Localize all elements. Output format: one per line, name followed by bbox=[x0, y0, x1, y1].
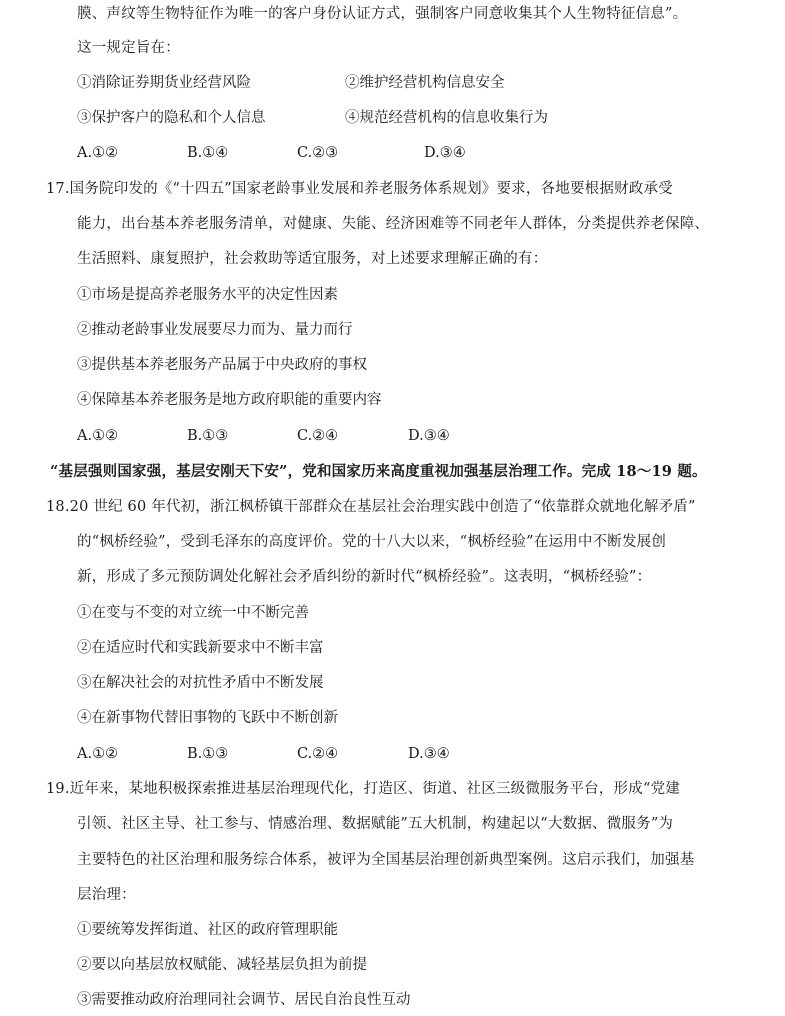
q18-statement-4: ④在新事物代替旧事物的飞跃中不断创新 bbox=[77, 708, 338, 728]
q16-prompt: 这一规定旨在： bbox=[77, 38, 180, 58]
q17-statement-1: ①市场是提高养老服务水平的决定性因素 bbox=[77, 285, 338, 305]
q17-statement-4: ④保障基本养老服务是地方政府职能的重要内容 bbox=[77, 390, 382, 410]
q16-choice-a: A.①② bbox=[77, 143, 118, 163]
q17-choice-c: C.②④ bbox=[297, 426, 338, 446]
q19-stem-line-4: 层治理： bbox=[77, 885, 136, 905]
q19-stem-line-2: 引领、社区主导、社工参与、情感治理、数据赋能”五大机制，构建起以“大数据、微服务… bbox=[77, 814, 673, 834]
q16-statement-1: ①消除证券期货业经营风险 bbox=[77, 73, 251, 93]
q18-statement-1: ①在变与不变的对立统一中不断完善 bbox=[77, 603, 309, 623]
q19-statement-2: ②要以向基层放权赋能、减轻基层负担为前提 bbox=[77, 955, 367, 975]
q19-stem-line-3: 主要特色的社区治理和服务综合体系，被评为全国基层治理创新典型案例。这启示我们，加… bbox=[77, 850, 694, 870]
q17-stem-line-2: 能力，出台基本养老服务清单，对健康、失能、经济困难等不同老年人群体，分类提供养老… bbox=[77, 214, 709, 234]
q18-statement-2: ②在适应时代和实践新要求中不断丰富 bbox=[77, 638, 324, 658]
q16-choice-c: C.②③ bbox=[297, 143, 338, 163]
q18-choice-c: C.②④ bbox=[297, 744, 338, 764]
q16-choice-d: D.③④ bbox=[424, 143, 466, 163]
q18-stem-line-3: 新，形成了多元预防调处化解社会矛盾纠纷的新时代“枫桥经验”。这表明，“枫桥经验”… bbox=[77, 567, 651, 587]
q19-statement-1: ①要统筹发挥街道、社区的政府管理职能 bbox=[77, 920, 338, 940]
q19-stem-line-1: 19.近年来，某地积极探索推进基层治理现代化，打造区、街道、社区三级微服务平台，… bbox=[46, 779, 680, 799]
q16-choice-b: B.①④ bbox=[187, 143, 228, 163]
q17-stem-line-1: 17.国务院印发的《“十四五”国家老龄事业发展和养老服务体系规划》要求，各地要根… bbox=[46, 179, 673, 199]
q16-statement-2: ②维护经营机构信息安全 bbox=[345, 73, 505, 93]
q16-statement-4: ④规范经营机构的信息收集行为 bbox=[345, 108, 548, 128]
q17-stem-line-3: 生活照料、康复照护，社会救助等适宜服务，对上述要求理解正确的有： bbox=[77, 249, 547, 269]
group-intro-heading: “基层强则国家强，基层安刚天下安”，党和国家历来高度重视加强基层治理工作。完成 … bbox=[50, 462, 707, 482]
q18-stem-line-2: 的“枫桥经验”，受到毛泽东的高度评价。党的十八大以来，“枫桥经验”在运用中不断发… bbox=[77, 532, 666, 552]
q16-stem-line: 膜、声纹等生物特征作为唯一的客户身份认证方式，强制客户同意收集其个人生物特征信息… bbox=[77, 4, 687, 24]
q18-statement-3: ③在解决社会的对抗性矛盾中不断发展 bbox=[77, 673, 324, 693]
q19-statement-3: ③需要推动政府治理同社会调节、居民自治良性互动 bbox=[77, 990, 411, 1010]
q16-statement-3: ③保护客户的隐私和个人信息 bbox=[77, 108, 266, 128]
q17-choice-a: A.①② bbox=[77, 426, 118, 446]
q18-choice-d: D.③④ bbox=[408, 744, 450, 764]
q18-choice-a: A.①② bbox=[77, 744, 118, 764]
q17-statement-3: ③提供基本养老服务产品属于中央政府的事权 bbox=[77, 355, 367, 375]
q17-choice-d: D.③④ bbox=[408, 426, 450, 446]
q17-statement-2: ②推动老龄事业发展要尽力而为、量力而行 bbox=[77, 320, 353, 340]
q17-choice-b: B.①③ bbox=[187, 426, 228, 446]
q18-stem-line-1: 18.20 世纪 60 年代初，浙江枫桥镇干部群众在基层社会治理实践中创造了“依… bbox=[46, 497, 696, 517]
q18-choice-b: B.①③ bbox=[187, 744, 228, 764]
